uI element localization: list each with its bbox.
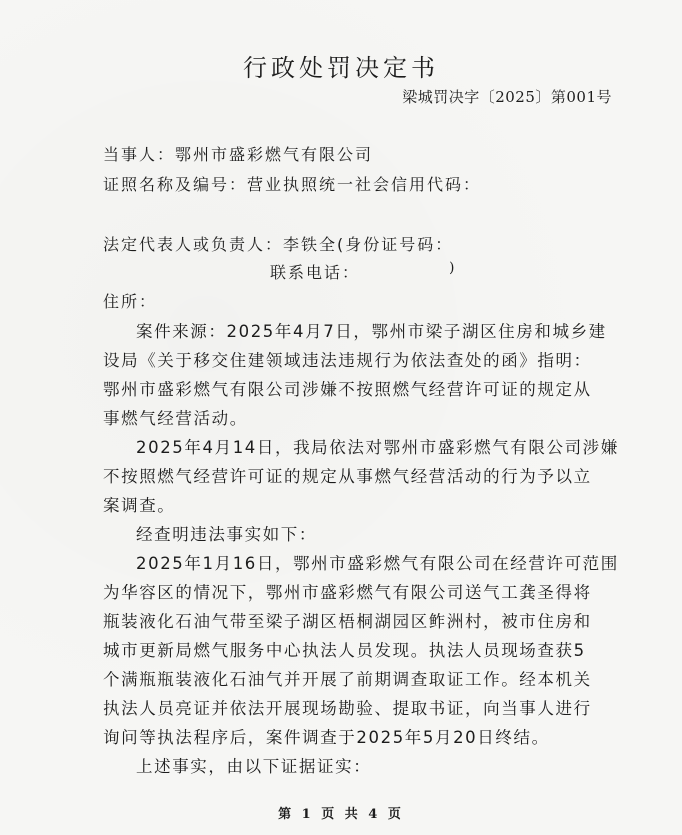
body-line: 鄂州市盛彩燃气有限公司涉嫌不按照燃气经营许可证的规定从 [103,376,592,400]
page-footer: 第 1 页 共 4 页 [0,803,682,822]
document-title: 行政处罚决定书 [0,48,682,83]
section-heading: 经查明违法事实如下： [136,521,317,545]
document-page: 行政处罚决定书 梁城罚决字〔2025〕第001号 当事人：鄂州市盛彩燃气有限公司… [0,0,682,835]
body-line: 为华容区的情况下，鄂州市盛彩燃气有限公司送气工龚圣得将 [103,579,592,603]
body-line: 案件来源：2025年4月7日，鄂州市梁子湖区住房和城乡建 [136,318,607,342]
document-number: 梁城罚决字〔2025〕第001号 [402,86,612,107]
body-line: 设局《关于移交住建领域违法违规行为依法查处的函》指明： [103,347,592,371]
address-line: 住所： [103,289,157,312]
body-line: 执法人员亮证并依法开展现场勘验、提取书证，向当事人进行 [103,695,592,719]
body-line: 事燃气经营活动。 [103,405,248,429]
body-line: 询问等执法程序后，案件调查于2025年5月20日终结。 [103,724,550,748]
body-line: 个满瓶瓶装液化石油气并开展了前期调查取证工作。经本机关 [103,666,592,690]
body-line: 2025年1月16日，鄂州市盛彩燃气有限公司在经营许可范围 [136,550,619,574]
legal-rep-line: 法定代表人或负责人：李铁全(身份证号码： [103,232,453,255]
body-line: 城市更新局燃气服务中心执法人员发现。执法人员现场查获5 [103,637,586,661]
redaction-mark: ) [449,260,454,276]
body-line: 瓶装液化石油气带至梁子湖区梧桐湖园区鲊洲村，被市住房和 [103,608,592,632]
phone-line: 联系电话： [270,260,360,283]
license-line: 证照名称及编号：营业执照统一社会信用代码： [103,172,481,195]
body-line: 不按照燃气经营许可证的规定从事燃气经营活动的行为予以立 [103,463,592,487]
body-line: 2025年4月14日，我局依法对鄂州市盛彩燃气有限公司涉嫌 [136,434,619,458]
party-line: 当事人：鄂州市盛彩燃气有限公司 [103,142,373,165]
body-line: 上述事实，由以下证据证实： [136,753,371,777]
body-line: 案调查。 [103,492,175,516]
